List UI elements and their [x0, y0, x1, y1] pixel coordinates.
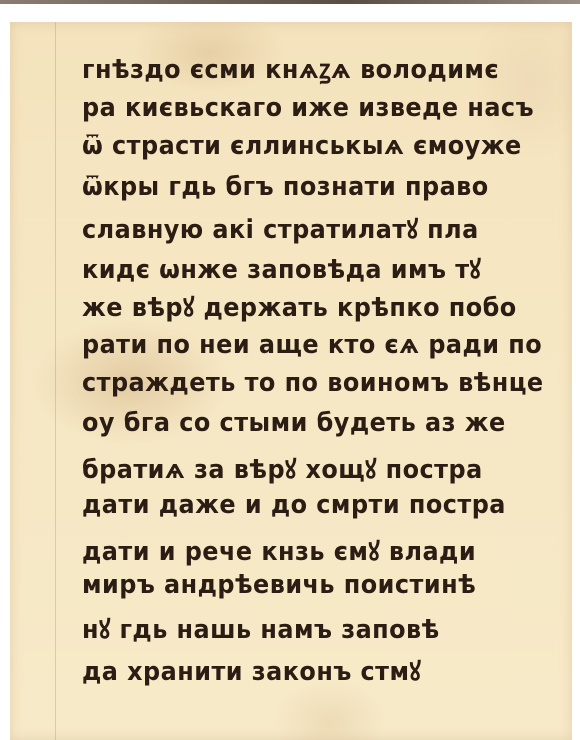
text-line-10: оу бга со стыми будеть аз же	[82, 408, 506, 438]
text-line-2: ра києвьскаго иже изведе насъ	[82, 93, 534, 123]
top-edge-strip	[0, 0, 580, 4]
text-line-16: да хранити законъ стмꙋ	[82, 652, 421, 688]
margin-ruling-line	[55, 22, 56, 740]
text-line-9: страждеть то по воиномъ вѣнце	[82, 368, 544, 398]
text-line-7: же вѣрꙋ держать крѣпко побо	[82, 288, 517, 324]
text-line-13: дати и рече кнзь ємꙋ влади	[82, 532, 476, 568]
text-line-12: дати даже и до смрти постра	[82, 490, 506, 520]
text-line-5: славную акі стратилатꙋ пла	[82, 210, 479, 246]
text-line-1: гнѣздо єсми кнѧꙁѧ володимє	[82, 50, 499, 86]
text-line-8: рати по неи аще кто єѧ ради по	[82, 330, 542, 360]
text-line-4: ѿкры гдь бгъ познати право	[82, 172, 489, 202]
text-line-15: нꙋ гдь нашь намъ заповѣ	[82, 610, 440, 646]
text-line-11: братиѧ за вѣрꙋ хощꙋ постра	[82, 450, 483, 486]
text-line-6: кидє ѡнже заповѣда имъ тꙋ	[82, 250, 481, 286]
text-line-14: миръ андрѣевичь поистинѣ	[82, 570, 476, 600]
text-line-3: ѿ страсти єллинськыѧ ємоуже	[82, 131, 522, 161]
